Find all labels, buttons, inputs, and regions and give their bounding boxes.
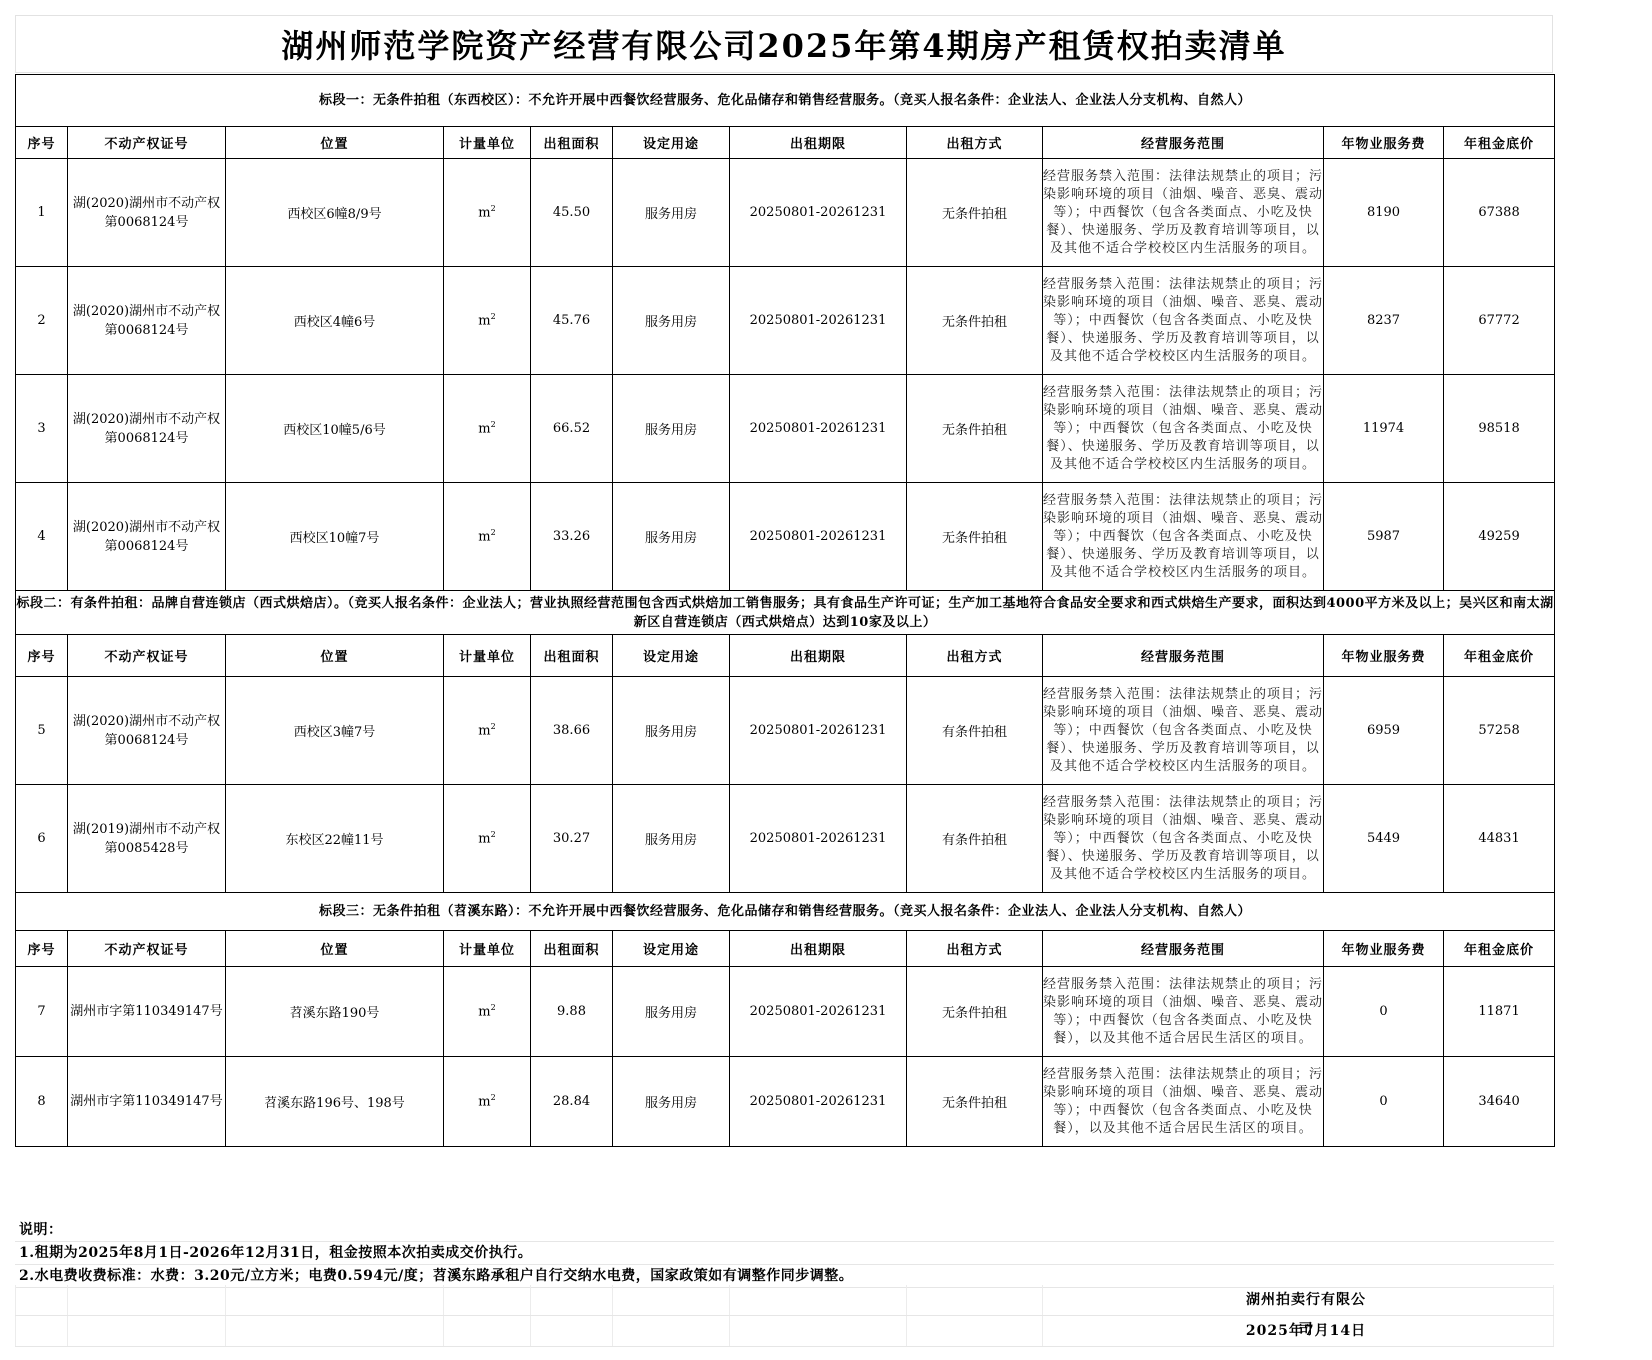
lease-method: 无条件拍租	[907, 483, 1043, 591]
column-header-lease-term: 出租期限	[730, 635, 907, 677]
table-row: 7湖州市字第110349147号苕溪东路190号m29.88服务用房202508…	[16, 967, 1555, 1057]
unit-symbol: m	[478, 314, 490, 329]
row-number: 8	[16, 1057, 68, 1147]
location: 东校区22幢11号	[226, 785, 444, 893]
annual-base-rent: 98518	[1444, 375, 1555, 483]
column-header-property-cert-number: 不动产权证号	[68, 127, 226, 159]
column-header-row-number: 序号	[16, 635, 68, 677]
table-row: 6湖(2019)湖州市不动产权第0085428号东校区22幢11号m230.27…	[16, 785, 1555, 893]
column-header-annual-property-fee: 年物业服务费	[1324, 127, 1444, 159]
row-number: 5	[16, 677, 68, 785]
annual-base-rent: 67388	[1444, 159, 1555, 267]
property-cert-number: 湖(2020)湖州市不动产权第0068124号	[68, 483, 226, 591]
column-header-designated-usage: 设定用途	[613, 635, 730, 677]
unit-superscript: 2	[491, 312, 496, 321]
annual-base-rent: 11871	[1444, 967, 1555, 1057]
column-header-designated-usage: 设定用途	[613, 127, 730, 159]
lease-term: 20250801-20261231	[730, 483, 907, 591]
unit: m2	[444, 267, 531, 375]
table-row: 3湖(2020)湖州市不动产权第0068124号西校区10幢5/6号m266.5…	[16, 375, 1555, 483]
row-number: 1	[16, 159, 68, 267]
designated-usage: 服务用房	[613, 375, 730, 483]
unit-symbol: m	[478, 422, 490, 437]
column-header-business-scope: 经营服务范围	[1043, 127, 1324, 159]
table-row: 5湖(2020)湖州市不动产权第0068124号西校区3幢7号m238.66服务…	[16, 677, 1555, 785]
unit-superscript: 2	[491, 722, 496, 731]
designated-usage: 服务用房	[613, 267, 730, 375]
lease-method: 无条件拍租	[907, 967, 1043, 1057]
column-header-property-cert-number: 不动产权证号	[68, 635, 226, 677]
business-scope: 经营服务禁入范围：法律法规禁止的项目；污染影响环境的项目（油烟、噪音、恶臭、震动…	[1043, 1057, 1324, 1147]
column-header-row-number: 序号	[16, 931, 68, 967]
column-header-location: 位置	[226, 635, 444, 677]
row-number: 6	[16, 785, 68, 893]
column-header-lease-method: 出租方式	[907, 127, 1043, 159]
lease-method: 无条件拍租	[907, 375, 1043, 483]
property-cert-number: 湖州市字第110349147号	[68, 967, 226, 1057]
property-cert-number: 湖(2020)湖州市不动产权第0068124号	[68, 159, 226, 267]
rental-area: 33.26	[531, 483, 613, 591]
section-label: 标段二：有条件拍租：品牌自营连锁店（西式烘焙店）。（竞买人报名条件：企业法人；营…	[16, 591, 1555, 635]
column-header-business-scope: 经营服务范围	[1043, 931, 1324, 967]
unit: m2	[444, 677, 531, 785]
column-header-row: 序号不动产权证号位置计量单位出租面积设定用途出租期限出租方式经营服务范围年物业服…	[16, 931, 1555, 967]
lease-term: 20250801-20261231	[730, 267, 907, 375]
annual-property-fee: 0	[1324, 1057, 1444, 1147]
column-header-lease-term: 出租期限	[730, 931, 907, 967]
location: 西校区6幢8/9号	[226, 159, 444, 267]
column-header-row: 序号不动产权证号位置计量单位出租面积设定用途出租期限出租方式经营服务范围年物业服…	[16, 635, 1555, 677]
lease-method: 无条件拍租	[907, 1057, 1043, 1147]
unit-superscript: 2	[491, 420, 496, 429]
lease-method: 无条件拍租	[907, 159, 1043, 267]
lease-method: 有条件拍租	[907, 785, 1043, 893]
annual-base-rent: 44831	[1444, 785, 1555, 893]
designated-usage: 服务用房	[613, 967, 730, 1057]
unit-symbol: m	[478, 832, 490, 847]
rental-area: 45.76	[531, 267, 613, 375]
business-scope: 经营服务禁入范围：法律法规禁止的项目；污染影响环境的项目（油烟、噪音、恶臭、震动…	[1043, 967, 1324, 1057]
section-header-row: 标段一：无条件拍租（东西校区）：不允许开展中西餐饮经营服务、危化品储存和销售经营…	[16, 75, 1555, 127]
column-header-business-scope: 经营服务范围	[1043, 635, 1324, 677]
auction-list-table: 标段一：无条件拍租（东西校区）：不允许开展中西餐饮经营服务、危化品储存和销售经营…	[15, 74, 1555, 1147]
unit: m2	[444, 785, 531, 893]
location: 西校区10幢7号	[226, 483, 444, 591]
note-item: 1.租期为2025年8月1日-2026年12月31日，租金按照本次拍卖成交价执行…	[15, 1242, 1554, 1265]
unit-superscript: 2	[491, 1093, 496, 1102]
rental-area: 9.88	[531, 967, 613, 1057]
unit-symbol: m	[478, 530, 490, 545]
unit: m2	[444, 483, 531, 591]
rental-area: 38.66	[531, 677, 613, 785]
rental-area: 45.50	[531, 159, 613, 267]
column-header-annual-base-rent: 年租金底价	[1444, 931, 1555, 967]
column-header-annual-property-fee: 年物业服务费	[1324, 931, 1444, 967]
column-header-rental-area: 出租面积	[531, 931, 613, 967]
row-number: 4	[16, 483, 68, 591]
property-cert-number: 湖(2020)湖州市不动产权第0068124号	[68, 677, 226, 785]
unit-symbol: m	[478, 1005, 490, 1020]
column-header-unit: 计量单位	[444, 127, 531, 159]
unit-superscript: 2	[491, 830, 496, 839]
column-header-lease-method: 出租方式	[907, 931, 1043, 967]
unit-symbol: m	[478, 724, 490, 739]
row-number: 7	[16, 967, 68, 1057]
property-cert-number: 湖(2019)湖州市不动产权第0085428号	[68, 785, 226, 893]
column-header-row: 序号不动产权证号位置计量单位出租面积设定用途出租期限出租方式经营服务范围年物业服…	[16, 127, 1555, 159]
lease-term: 20250801-20261231	[730, 677, 907, 785]
annual-base-rent: 34640	[1444, 1057, 1555, 1147]
business-scope: 经营服务禁入范围：法律法规禁止的项目；污染影响环境的项目（油烟、噪音、恶臭、震动…	[1043, 483, 1324, 591]
lease-method: 无条件拍租	[907, 267, 1043, 375]
business-scope: 经营服务禁入范围：法律法规禁止的项目；污染影响环境的项目（油烟、噪音、恶臭、震动…	[1043, 677, 1324, 785]
location: 苕溪东路190号	[226, 967, 444, 1057]
unit-superscript: 2	[491, 204, 496, 213]
column-header-location: 位置	[226, 931, 444, 967]
unit-symbol: m	[478, 206, 490, 221]
column-header-location: 位置	[226, 127, 444, 159]
designated-usage: 服务用房	[613, 159, 730, 267]
property-cert-number: 湖州市字第110349147号	[68, 1057, 226, 1147]
section-header-row: 标段三：无条件拍租（苕溪东路）：不允许开展中西餐饮经营服务、危化品储存和销售经营…	[16, 893, 1555, 931]
annual-property-fee: 5987	[1324, 483, 1444, 591]
location: 西校区10幢5/6号	[226, 375, 444, 483]
row-number: 3	[16, 375, 68, 483]
column-header-property-cert-number: 不动产权证号	[68, 931, 226, 967]
column-header-unit: 计量单位	[444, 635, 531, 677]
page-title: 湖州师范学院资产经营有限公司2025年第4期房产租赁权拍卖清单	[15, 15, 1553, 73]
unit-superscript: 2	[491, 1003, 496, 1012]
location: 西校区4幢6号	[226, 267, 444, 375]
column-header-row-number: 序号	[16, 127, 68, 159]
annual-base-rent: 57258	[1444, 677, 1555, 785]
lease-term: 20250801-20261231	[730, 785, 907, 893]
lease-term: 20250801-20261231	[730, 967, 907, 1057]
property-cert-number: 湖(2020)湖州市不动产权第0068124号	[68, 375, 226, 483]
rental-area: 30.27	[531, 785, 613, 893]
lease-term: 20250801-20261231	[730, 159, 907, 267]
lease-term: 20250801-20261231	[730, 375, 907, 483]
table-row: 4湖(2020)湖州市不动产权第0068124号西校区10幢7号m233.26服…	[16, 483, 1555, 591]
annual-property-fee: 8190	[1324, 159, 1444, 267]
document-date: 2025年7月14日	[1241, 1316, 1371, 1346]
column-header-unit: 计量单位	[444, 931, 531, 967]
signature-block: 湖州拍卖行有限公司 2025年7月14日	[15, 1285, 1554, 1347]
table-row: 2湖(2020)湖州市不动产权第0068124号西校区4幢6号m245.76服务…	[16, 267, 1555, 375]
section-header-row: 标段二：有条件拍租：品牌自营连锁店（西式烘焙店）。（竞买人报名条件：企业法人；营…	[16, 591, 1555, 635]
property-cert-number: 湖(2020)湖州市不动产权第0068124号	[68, 267, 226, 375]
business-scope: 经营服务禁入范围：法律法规禁止的项目；污染影响环境的项目（油烟、噪音、恶臭、震动…	[1043, 159, 1324, 267]
unit-superscript: 2	[491, 528, 496, 537]
designated-usage: 服务用房	[613, 677, 730, 785]
annual-base-rent: 67772	[1444, 267, 1555, 375]
lease-term: 20250801-20261231	[730, 1057, 907, 1147]
annual-property-fee: 8237	[1324, 267, 1444, 375]
column-header-designated-usage: 设定用途	[613, 931, 730, 967]
unit-symbol: m	[478, 1095, 490, 1110]
notes-section: 说明： 1.租期为2025年8月1日-2026年12月31日，租金按照本次拍卖成…	[15, 1219, 1554, 1288]
section-label: 标段一：无条件拍租（东西校区）：不允许开展中西餐饮经营服务、危化品储存和销售经营…	[16, 75, 1555, 127]
column-header-lease-method: 出租方式	[907, 635, 1043, 677]
designated-usage: 服务用房	[613, 785, 730, 893]
designated-usage: 服务用房	[613, 1057, 730, 1147]
row-number: 2	[16, 267, 68, 375]
notes-heading: 说明：	[15, 1219, 1554, 1242]
business-scope: 经营服务禁入范围：法律法规禁止的项目；污染影响环境的项目（油烟、噪音、恶臭、震动…	[1043, 785, 1324, 893]
rental-area: 28.84	[531, 1057, 613, 1147]
column-header-rental-area: 出租面积	[531, 127, 613, 159]
column-header-rental-area: 出租面积	[531, 635, 613, 677]
rental-area: 66.52	[531, 375, 613, 483]
unit: m2	[444, 375, 531, 483]
column-header-annual-base-rent: 年租金底价	[1444, 635, 1555, 677]
location: 苕溪东路196号、198号	[226, 1057, 444, 1147]
business-scope: 经营服务禁入范围：法律法规禁止的项目；污染影响环境的项目（油烟、噪音、恶臭、震动…	[1043, 267, 1324, 375]
table-row: 8湖州市字第110349147号苕溪东路196号、198号m228.84服务用房…	[16, 1057, 1555, 1147]
business-scope: 经营服务禁入范围：法律法规禁止的项目；污染影响环境的项目（油烟、噪音、恶臭、震动…	[1043, 375, 1324, 483]
annual-base-rent: 49259	[1444, 483, 1555, 591]
designated-usage: 服务用房	[613, 483, 730, 591]
column-header-annual-base-rent: 年租金底价	[1444, 127, 1555, 159]
column-header-annual-property-fee: 年物业服务费	[1324, 635, 1444, 677]
section-label: 标段三：无条件拍租（苕溪东路）：不允许开展中西餐饮经营服务、危化品储存和销售经营…	[16, 893, 1555, 931]
annual-property-fee: 6959	[1324, 677, 1444, 785]
annual-property-fee: 0	[1324, 967, 1444, 1057]
unit: m2	[444, 159, 531, 267]
annual-property-fee: 5449	[1324, 785, 1444, 893]
unit: m2	[444, 967, 531, 1057]
lease-method: 有条件拍租	[907, 677, 1043, 785]
unit: m2	[444, 1057, 531, 1147]
column-header-lease-term: 出租期限	[730, 127, 907, 159]
annual-property-fee: 11974	[1324, 375, 1444, 483]
location: 西校区3幢7号	[226, 677, 444, 785]
table-row: 1湖(2020)湖州市不动产权第0068124号西校区6幢8/9号m245.50…	[16, 159, 1555, 267]
